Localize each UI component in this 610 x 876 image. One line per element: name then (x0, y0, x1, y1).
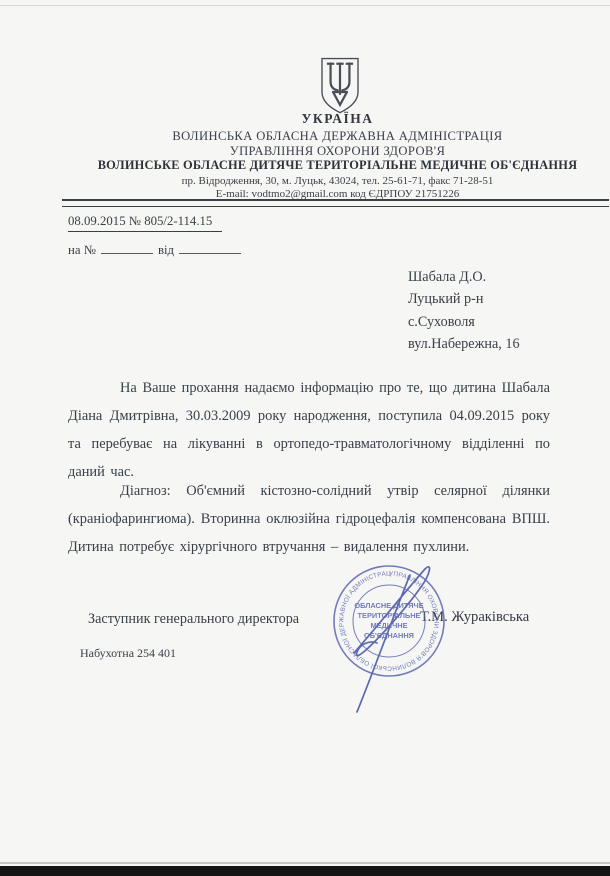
org-administration: ВОЛИНСЬКА ОБЛАСНА ДЕРЖАВНА АДМІНІСТРАЦІЯ (65, 129, 610, 143)
scan-edge-gray (0, 862, 610, 864)
incoming-number-blank (101, 241, 153, 254)
outgoing-reference: 08.09.2015 № 805/2-114.15 (68, 214, 222, 232)
org-medical-association: ВОЛИНСЬКЕ ОБЛАСНЕ ДИТЯЧЕ ТЕРИТОРІАЛЬНЕ М… (65, 159, 610, 173)
incoming-reference: на №від (68, 241, 246, 258)
signer-position-title: Заступник генерального директора (88, 611, 299, 628)
scan-edge-bottom (0, 866, 610, 876)
body-paragraph-2: Діагноз: Об'ємний кістозно-солідний утві… (68, 477, 550, 561)
executor-note: Набухотна 254 401 (80, 646, 176, 661)
official-round-stamp: УПРАВЛІННЯ ОХОРОНИ ЗДОРОВ'Я ВОЛИНСЬКОЇ О… (323, 555, 459, 719)
addressee-name: Шабала Д.О. (408, 266, 520, 288)
scan-edge-top (0, 5, 610, 6)
incoming-from-label: від (158, 243, 174, 257)
stamp-center-text: ОБЛАСНЕ ДИТЯЧЕ ТЕРИТОРІАЛЬНЕ МЕДИЧНЕ ОБ'… (354, 601, 423, 640)
outgoing-number: 08.09.2015 № 805/2-114.15 (68, 214, 222, 232)
org-address: пр. Відродження, 30, м. Луцьк, 43024, те… (65, 175, 610, 187)
letterhead: УКРАЇНА ВОЛИНСЬКА ОБЛАСНА ДЕРЖАВНА АДМІН… (65, 111, 610, 200)
incoming-date-blank (179, 241, 241, 254)
country-name: УКРАЇНА (65, 111, 610, 126)
incoming-label: на № (68, 243, 96, 257)
org-health-department: УПРАВЛІННЯ ОХОРОНИ ЗДОРОВ'Я (65, 144, 610, 158)
addressee-village: с.Суховоля (408, 311, 520, 333)
addressee-street: вул.Набережна, 16 (408, 333, 520, 355)
stamp-center-line-1: ОБЛАСНЕ ДИТЯЧЕ (354, 601, 423, 610)
letterhead-divider (62, 199, 609, 207)
addressee-district: Луцький р-н (408, 288, 520, 310)
scanned-letter-page: УКРАЇНА ВОЛИНСЬКА ОБЛАСНА ДЕРЖАВНА АДМІН… (0, 0, 610, 876)
org-email-codes: E-mail: vodtmo2@gmail.com код ЄДРПОУ 217… (65, 188, 610, 200)
tryzub-emblem-icon (311, 56, 369, 116)
body-paragraph-1: На Ваше прохання надаємо інформацію про … (68, 374, 550, 486)
addressee-block: Шабала Д.О. Луцький р-н с.Суховоля вул.Н… (408, 266, 520, 356)
